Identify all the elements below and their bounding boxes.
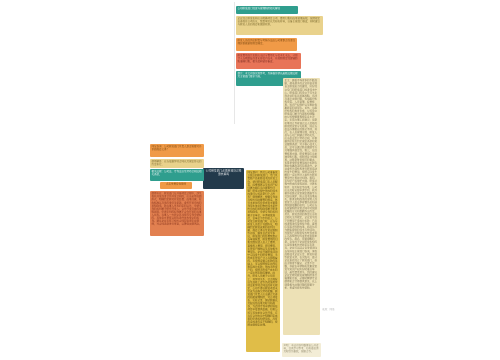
statute-callout: 相关法规：公司法、专利法以及劳动合同法相关条款。 <box>150 169 204 181</box>
consult-chip-button[interactable]: 点击免费咨询律师 <box>160 182 192 189</box>
footer-disclaimer: 声明：本站内容均整理自公开资料，仅供学习参考，如有侵权请及时联系删除，谢谢合作。 <box>282 343 321 357</box>
document-page: 公司研发部门设置与管理制度相关解读 企业设立研发机构应当明确项目立项、费用归集和… <box>0 0 500 360</box>
article-header: 公司研发部门必须单独设立账册核算吗 <box>203 168 244 189</box>
article-header-text: 公司研发部门必须单独设立账册核算吗 <box>203 168 244 177</box>
question-text: 网友咨询：公司研发部门负责人是否需要对外承担保密义务？ <box>150 144 204 152</box>
article-body-text: 正文：随着市场竞争的不断加剧，越来越多的企业开始重视自主研发能力的建设，纷纷设立… <box>283 78 320 290</box>
statute-text: 相关法规：公司法、专利法以及劳动合同法相关条款。 <box>150 169 204 177</box>
article-body-column: 正文：随着市场竞争的不断加剧，越来越多的企业开始重视自主研发能力的建设，纷纷设立… <box>283 78 320 335</box>
qa-column-text: 网友提问：我们公司准备设立独立的研发部门，专门负责新产品和新技术的开发工作，请问… <box>246 170 280 327</box>
section-title-bar[interactable]: 公司研发部门设置与管理制度相关解读 <box>236 6 298 14</box>
footer-disclaimer-text: 声明：本站内容均整理自公开资料，仅供学习参考，如有侵权请及时联系删除，谢谢合作。 <box>282 343 321 354</box>
notice-callout: 研发人员的岗位职责与考核办法由公司董事会或者经理层根据章程规定确定。 <box>236 38 297 51</box>
notice-text: 研发人员的岗位职责与考核办法由公司董事会或者经理层根据章程规定确定。 <box>236 38 297 46</box>
summary-text: 企业设立研发机构应当明确项目立项、费用归集和成果管理流程，按照规定妥善保存立项决… <box>236 16 323 27</box>
question-callout: 网友咨询：公司研发部门负责人是否需要对外承担保密义务？ <box>150 144 204 157</box>
consult-chip-label: 点击免费咨询律师 <box>160 182 192 186</box>
answer-callout: 律师解答：应当依据劳动合同以及保密协议的约定执行。 <box>150 159 204 168</box>
warning-callout: 研发费用加计扣除应当区分费用化与资本化支出，分别计入当期损益或者无形资产成本，并… <box>236 53 301 69</box>
detail-callout: 律师补充：研发部门在开展项目过程中，涉及委托开发或者合作开发合同的，应当采用书面… <box>150 191 204 236</box>
qa-column: 网友提问：我们公司准备设立独立的研发部门，专门负责新产品和新技术的开发工作，请问… <box>246 170 280 352</box>
answer-text: 律师解答：应当依据劳动合同以及保密协议的约定执行。 <box>150 159 204 167</box>
section-title-text: 公司研发部门设置与管理制度相关解读 <box>236 6 298 11</box>
source-note-text: 来源：网络 <box>322 308 342 311</box>
source-note: 来源：网络 <box>322 308 342 314</box>
warning-text: 研发费用加计扣除应当区分费用化与资本化支出，分别计入当期损益或者无形资产成本，并… <box>236 53 301 64</box>
summary-callout: 企业设立研发机构应当明确项目立项、费用归集和成果管理流程，按照规定妥善保存立项决… <box>236 16 323 35</box>
divider-line <box>234 2 235 124</box>
detail-text: 律师补充：研发部门在开展项目过程中，涉及委托开发或者合作开发合同的，应当采用书面… <box>150 191 204 227</box>
